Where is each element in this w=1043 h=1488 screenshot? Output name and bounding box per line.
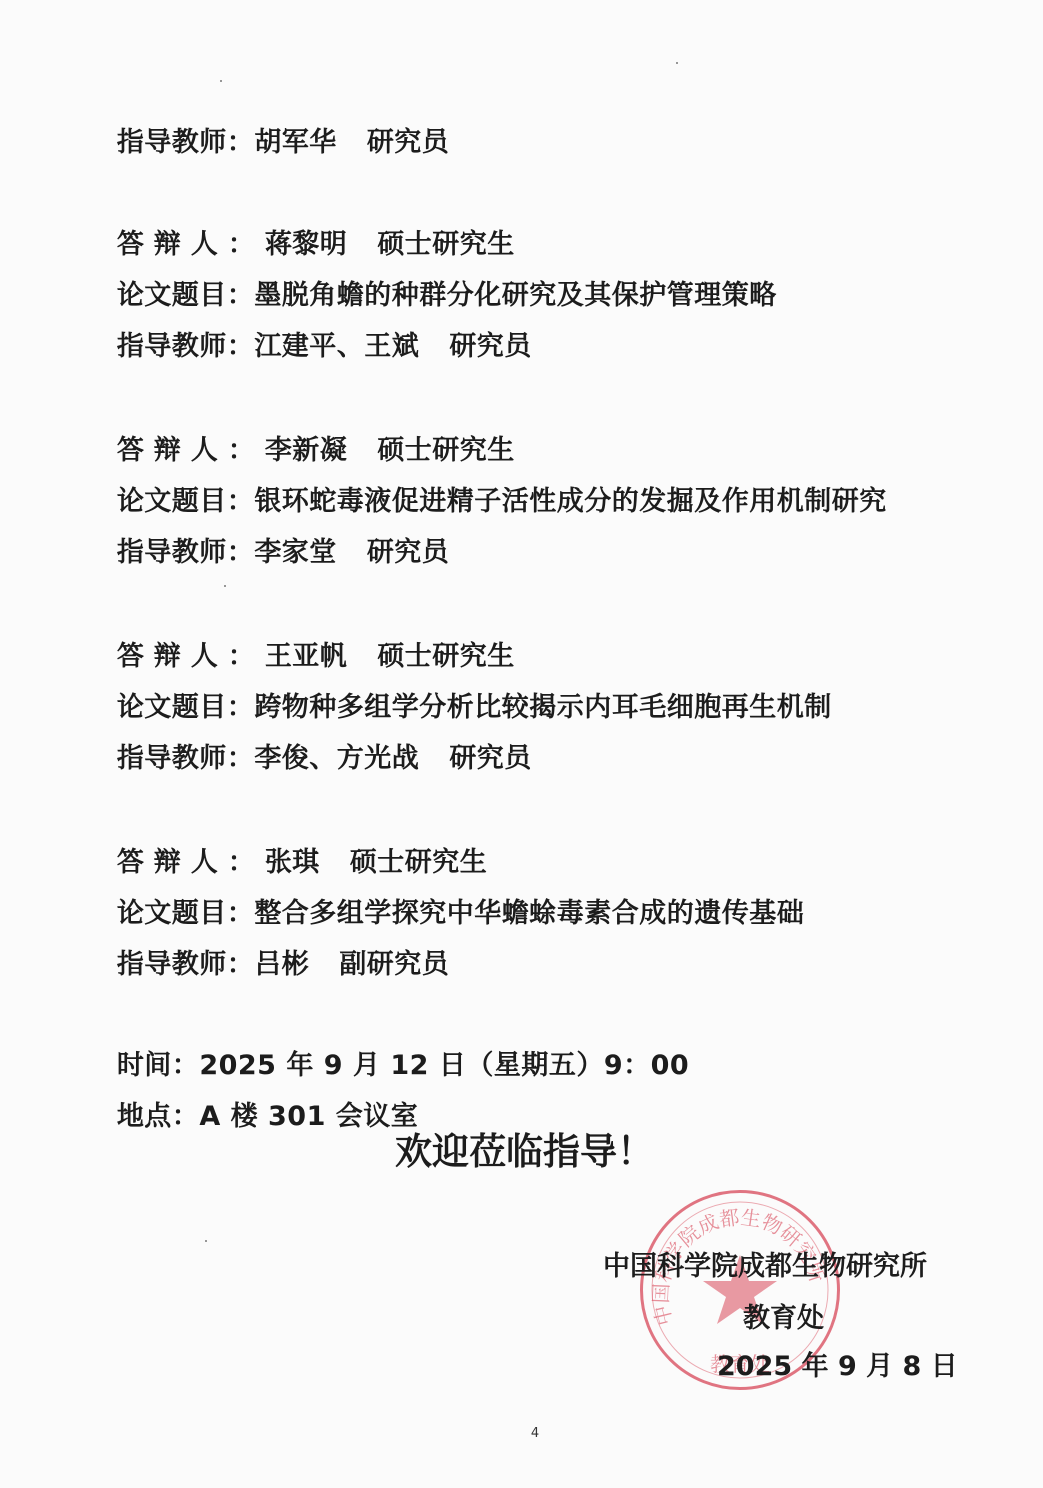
place-value: A 楼 301 会议室 xyxy=(199,1100,418,1134)
advisor-name: 李俊、方光战 xyxy=(254,742,419,776)
advisor-name: 李家堂 xyxy=(254,536,337,570)
advisor-name: 胡军华 xyxy=(254,126,337,160)
signature-organization: 中国科学院成都生物研究所 xyxy=(603,1250,927,1284)
advisor-line-4: 指导教师：吕彬副研究员 xyxy=(97,914,449,982)
signature-date: 2025 年 9 月 8 日 xyxy=(717,1350,958,1384)
advisor-rank: 研究员 xyxy=(367,536,450,570)
place-line: 地点：A 楼 301 会议室 xyxy=(97,1066,418,1134)
scan-speck xyxy=(224,585,226,587)
advisor-label: 指导教师： xyxy=(117,330,255,364)
advisor-rank: 研究员 xyxy=(367,126,450,160)
scan-speck xyxy=(205,1240,207,1242)
advisor-rank: 副研究员 xyxy=(339,948,449,982)
advisor-line-2: 指导教师：李家堂研究员 xyxy=(97,502,449,570)
advisor-name: 江建平、王斌 xyxy=(254,330,419,364)
advisor-name: 吕彬 xyxy=(254,948,309,982)
advisor-line-1: 指导教师：江建平、王斌研究员 xyxy=(97,296,532,364)
advisor-label: 指导教师： xyxy=(117,948,255,982)
place-label: 地点： xyxy=(117,1100,200,1134)
advisor-line-prev: 指导教师：胡军华研究员 xyxy=(97,92,449,160)
advisor-label: 指导教师： xyxy=(117,126,255,160)
advisor-rank: 研究员 xyxy=(449,330,532,364)
scan-speck xyxy=(676,62,678,64)
scan-speck xyxy=(220,968,222,970)
advisor-rank: 研究员 xyxy=(449,742,532,776)
advisor-label: 指导教师： xyxy=(117,536,255,570)
page-number: 4 xyxy=(0,1426,1043,1441)
welcome-heading: 欢迎莅临指导！ xyxy=(395,1130,654,1174)
advisor-label: 指导教师： xyxy=(117,742,255,776)
advisor-line-3: 指导教师：李俊、方光战研究员 xyxy=(97,708,532,776)
signature-department: 教育处 xyxy=(743,1302,824,1336)
scan-speck xyxy=(220,80,222,82)
